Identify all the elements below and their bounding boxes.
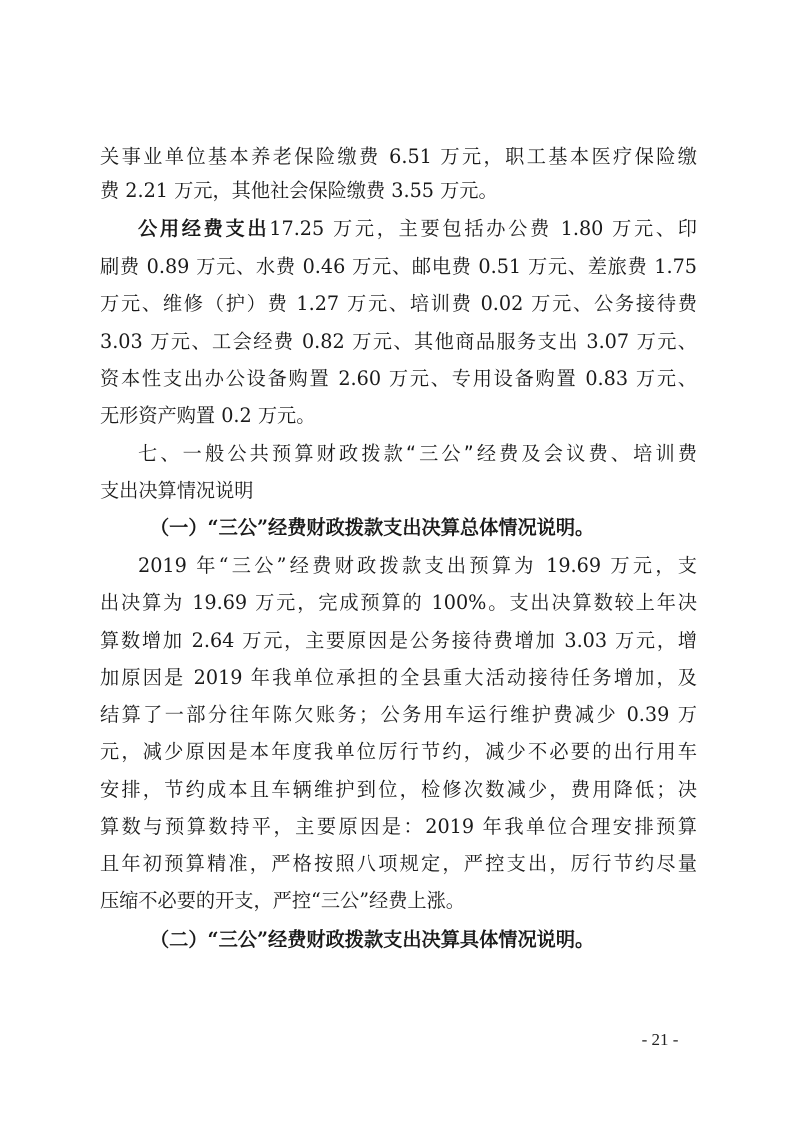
page-number: - 21 - bbox=[620, 1030, 700, 1050]
paragraph-line: 安排，节约成本且车辆维护到位，检修次数减少，费用降低；决 bbox=[100, 775, 697, 805]
paragraph-line: 且年初预算精准，严格按照八项规定，严控支出，厉行节约尽量 bbox=[100, 849, 697, 879]
paragraph-line: 公用经费支出17.25 万元，主要包括办公费 1.80 万元、印 bbox=[138, 214, 697, 244]
paragraph-line: 压缩不必要的开支，严控“三公”经费上涨。 bbox=[100, 886, 697, 916]
document-page: 关事业单位基本养老保险缴费 6.51 万元，职工基本医疗保险缴 费 2.21 万… bbox=[0, 0, 793, 1122]
sub-heading-2: （二）“三公”经费财政拨款支出决算具体情况说明。 bbox=[150, 925, 670, 955]
paragraph-line: 加原因是 2019 年我单位承担的全县重大活动接待任务增加，及 bbox=[100, 663, 697, 693]
paragraph-line: 无形资产购置 0.2 万元。 bbox=[100, 401, 697, 431]
paragraph-line: 3.03 万元、工会经费 0.82 万元、其他商品服务支出 3.07 万元、 bbox=[100, 327, 697, 357]
paragraph-line: 万元、维修（护）费 1.27 万元、培训费 0.02 万元、公务接待费 bbox=[100, 289, 697, 319]
paragraph-line: 结算了一部分往年陈欠账务；公务用车运行维护费减少 0.39 万 bbox=[100, 700, 697, 730]
paragraph-line: 算数增加 2.64 万元，主要原因是公务接待费增加 3.03 万元，增 bbox=[100, 626, 697, 656]
paragraph-line: 出决算为 19.69 万元，完成预算的 100%。支出决算数较上年决 bbox=[100, 588, 697, 618]
paragraph-line: 2019 年“三公”经费财政拨款支出预算为 19.69 万元，支 bbox=[138, 551, 697, 581]
section-heading: 七、一般公共预算财政拨款“三公”经费及会议费、培训费 bbox=[138, 439, 697, 469]
paragraph-line: 算数与预算数持平，主要原因是：2019 年我单位合理安排预算 bbox=[100, 812, 697, 842]
section-heading-continued: 支出决算情况说明 bbox=[100, 476, 697, 506]
paragraph-line: 费 2.21 万元，其他社会保险缴费 3.55 万元。 bbox=[100, 176, 697, 206]
paragraph-line: 刷费 0.89 万元、水费 0.46 万元、邮电费 0.51 万元、差旅费 1.… bbox=[100, 252, 697, 282]
public-expense-text: 17.25 万元，主要包括办公费 1.80 万元、印 bbox=[269, 217, 697, 240]
paragraph-line: 关事业单位基本养老保险缴费 6.51 万元，职工基本医疗保险缴 bbox=[100, 142, 697, 172]
paragraph-line: 元，减少原因是本年度我单位厉行节约，减少不必要的出行用车 bbox=[100, 737, 697, 767]
sub-heading-1: （一）“三公”经费财政拨款支出决算总体情况说明。 bbox=[150, 513, 670, 543]
public-expense-label: 公用经费支出 bbox=[138, 217, 269, 240]
paragraph-line: 资本性支出办公设备购置 2.60 万元、专用设备购置 0.83 万元、 bbox=[100, 364, 697, 394]
